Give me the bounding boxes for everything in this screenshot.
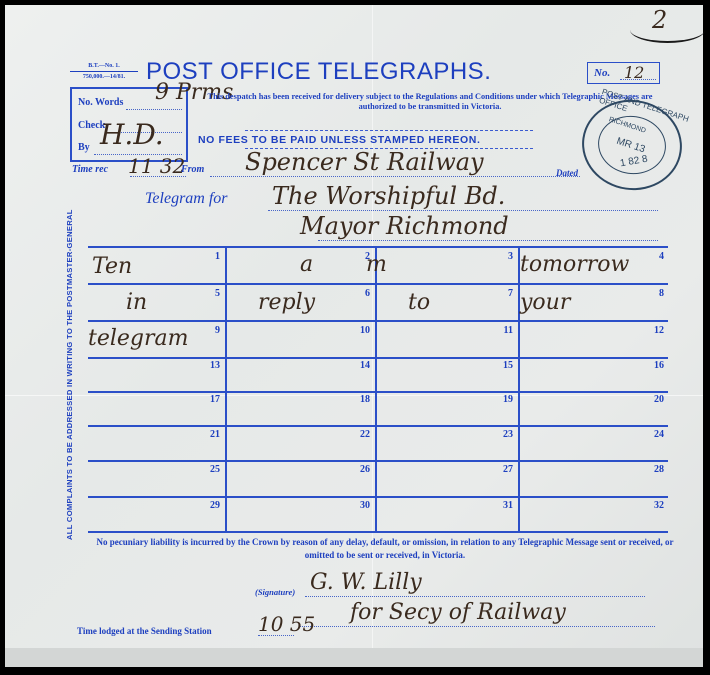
message-word: in [126,290,147,315]
cell-number: 4 [644,251,664,262]
by-value: H.D. [100,118,164,151]
cell-number: 21 [200,429,220,440]
cell-number: 3 [493,251,513,262]
telegram-for-line1: The Worshipful Bd. [272,182,505,210]
cell-number: 29 [200,500,220,511]
paper-bottom-edge [5,648,703,667]
cell-number: 15 [493,360,513,371]
by-label: By [78,142,90,153]
time-lodged-label: Time lodged at the Sending Station [77,626,212,636]
time-lodged-value: 10 55 [258,612,315,636]
number-box: No. 12 [587,62,660,84]
number-label: No. [594,67,610,79]
cell-number: 10 [350,325,370,336]
cell-number: 31 [493,500,513,511]
message-word: a [300,252,313,277]
no-words-label: No. Words [78,97,123,108]
cell-number: 5 [200,288,220,299]
cell-number: 23 [493,429,513,440]
time-received-value: 11 32 [128,154,185,178]
from-value: Spencer St Railway [245,148,484,176]
cell-number: 13 [200,360,220,371]
cell-number: 14 [350,360,370,371]
cell-number: 30 [350,500,370,511]
message-word: tomorrow [520,252,629,277]
cell-number: 22 [350,429,370,440]
telegram-for-label: Telegram for [145,190,228,208]
cell-number: 6 [350,288,370,299]
cell-number: 24 [644,429,664,440]
cell-number: 19 [493,394,513,405]
cell-number: 7 [493,288,513,299]
cell-number: 20 [644,394,664,405]
cell-number: 8 [644,288,664,299]
cell-number: 12 [644,325,664,336]
signature-line2: for Secy of Railway [350,600,566,625]
cell-number: 1 [200,251,220,262]
time-received-label: Time rec [72,164,108,175]
message-word: Ten [92,254,132,279]
cell-number: 26 [350,464,370,475]
form-code-line1: B.T.—No. 1. [70,62,138,70]
wavy-border-top [245,130,533,133]
liability-footnote: No pecuniary liability is incurred by th… [90,536,680,562]
dated-label: Dated [556,168,578,178]
form-code-line2: 750,000.—14/81. [70,73,138,81]
form-code: B.T.—No. 1. 750,000.—14/81. [70,62,138,81]
message-word: reply [258,290,315,315]
cell-number: 18 [350,394,370,405]
message-word: to [408,290,430,315]
cell-number: 28 [644,464,664,475]
telegram-for-line2: Mayor Richmond [300,212,509,240]
cell-number: 25 [200,464,220,475]
delivery-notice: This despatch has been received for deli… [200,92,660,112]
no-fees-notice: NO FEES TO BE PAID UNLESS STAMPED HEREON… [198,134,480,146]
cell-number: 32 [644,500,664,511]
cell-number: 16 [644,360,664,371]
cell-number: 9 [200,325,220,336]
complaints-notice: ALL COMPLAINTS TO BE ADDRESSED IN WRITIN… [65,209,74,540]
message-grid: 1 2 3 4 5 6 7 8 9 10 11 12 13 14 15 16 1… [88,246,668,533]
message-word: m [366,252,387,277]
cell-number: 17 [200,394,220,405]
cell-number: 27 [493,464,513,475]
message-word: telegram [88,326,189,351]
signature-label: (Signature) [255,587,295,597]
cell-number: 11 [493,325,513,336]
from-label: From [181,164,204,175]
signature-value: G. W. Lilly [310,570,422,595]
message-word: your [520,290,570,315]
